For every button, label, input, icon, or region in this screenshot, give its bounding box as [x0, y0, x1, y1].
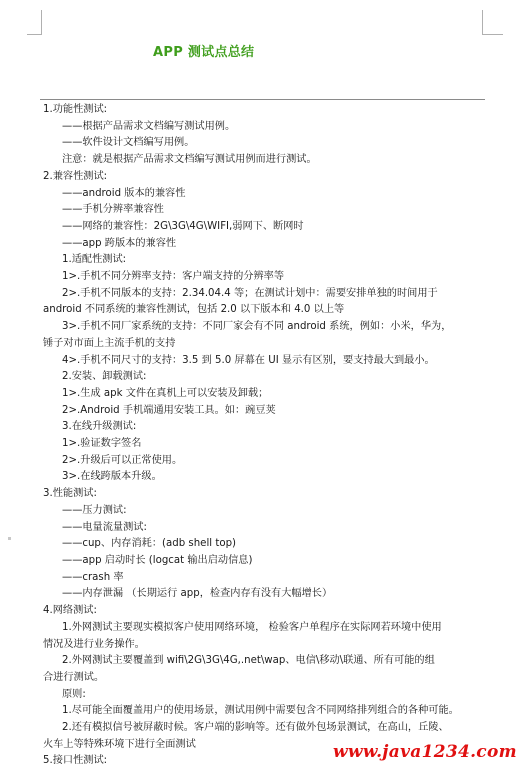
- list-item: ——crash 率: [43, 570, 493, 587]
- watermark-text: www.java1234.com: [333, 742, 517, 762]
- heading-performance-test: 3.性能测试:: [43, 486, 493, 503]
- list-item-continuation: 锤子对市面上主流手机的支持: [43, 336, 493, 353]
- subheading-adaptation-test: 1.适配性测试:: [43, 252, 493, 269]
- list-item: 2.外网测试主要覆盖到 wifi\2G\3G\4G,.net\wap、电信\移动…: [43, 653, 493, 670]
- list-item-continuation: 情况及进行业务操作。: [43, 637, 493, 654]
- page-corner-mark-top-left: [27, 10, 42, 35]
- list-item: ——android 版本的兼容性: [43, 186, 493, 203]
- list-item: 4>.手机不同尺寸的支持：3.5 到 5.0 屏幕在 UI 显示有区别，要支持最…: [43, 353, 493, 370]
- list-item: ——根据产品需求文档编写测试用例。: [43, 119, 493, 136]
- page-corner-mark-top-right: [482, 10, 503, 35]
- heading-network-test: 4.网络测试:: [43, 603, 493, 620]
- list-item: 1>.验证数字签名: [43, 436, 493, 453]
- list-item: 1.外网测试主要现实模拟客户使用网络环境， 检验客户单程序在实际网若环境中使用: [43, 620, 493, 637]
- heading-functional-test: 1.功能性测试:: [43, 102, 493, 119]
- list-item: ——电量流量测试:: [43, 520, 493, 537]
- list-item: ——app 启动时长 (logcat 输出启动信息): [43, 553, 493, 570]
- document-title: APP 测试点总结: [153, 41, 254, 60]
- list-item: 3>.手机不同厂家系统的支持：不同厂家会有不同 android 系统，例如：小米…: [43, 319, 493, 336]
- list-item: ——手机分辨率兼容性: [43, 202, 493, 219]
- list-item: ——压力测试:: [43, 503, 493, 520]
- heading-compatibility-test: 2.兼容性测试:: [43, 169, 493, 186]
- list-item: 2.还有模拟信号被屏蔽时候。客户端的影响等。还有做外包场景测试，在高山，丘陵、: [43, 720, 493, 737]
- list-item: ——软件设计文档编写用例。: [43, 135, 493, 152]
- list-item: 2>.手机不同版本的支持：2.34.04.4 等；在测试计划中：需要安排单独的时…: [43, 286, 493, 303]
- subheading-upgrade-test: 3.在线升级测试:: [43, 419, 493, 436]
- list-item: 1>.手机不同分辨率支持：客户端支持的分辨率等: [43, 269, 493, 286]
- header-divider: [40, 99, 485, 100]
- subheading-principles: 原则:: [43, 687, 493, 704]
- subheading-install-test: 2.安装、卸载测试:: [43, 369, 493, 386]
- list-item: 2>.Android 手机端通用安装工具。如：豌豆荚: [43, 403, 493, 420]
- list-item: 3>.在线跨版本升级。: [43, 469, 493, 486]
- document-body: 1.功能性测试: ——根据产品需求文档编写测试用例。 ——软件设计文档编写用例。…: [43, 102, 493, 770]
- list-item: 1.尽可能全面覆盖用户的使用场景，测试用例中需要包含不同网络排列组合的各种可能。: [43, 703, 493, 720]
- list-item: 2>.升级后可以正常使用。: [43, 453, 493, 470]
- list-item: ——cup、内存消耗：(adb shell top): [43, 536, 493, 553]
- list-item: 1>.生成 apk 文件在真机上可以安装及卸载；: [43, 386, 493, 403]
- margin-marker: [8, 537, 11, 540]
- list-item: ——内存泄漏 （长期运行 app，检查内存有没有大幅增长）: [43, 586, 493, 603]
- list-item: ——app 跨版本的兼容性: [43, 236, 493, 253]
- list-item: ——网络的兼容性：2G\3G\4G\WIFI,弱网下、断网时: [43, 219, 493, 236]
- note-text: 注意：就是根据产品需求文档编写测试用例而进行测试。: [43, 152, 493, 169]
- list-item-continuation: android 不同系统的兼容性测试，包括 2.0 以下版本和 4.0 以上等: [43, 302, 493, 319]
- list-item-continuation: 合进行测试。: [43, 670, 493, 687]
